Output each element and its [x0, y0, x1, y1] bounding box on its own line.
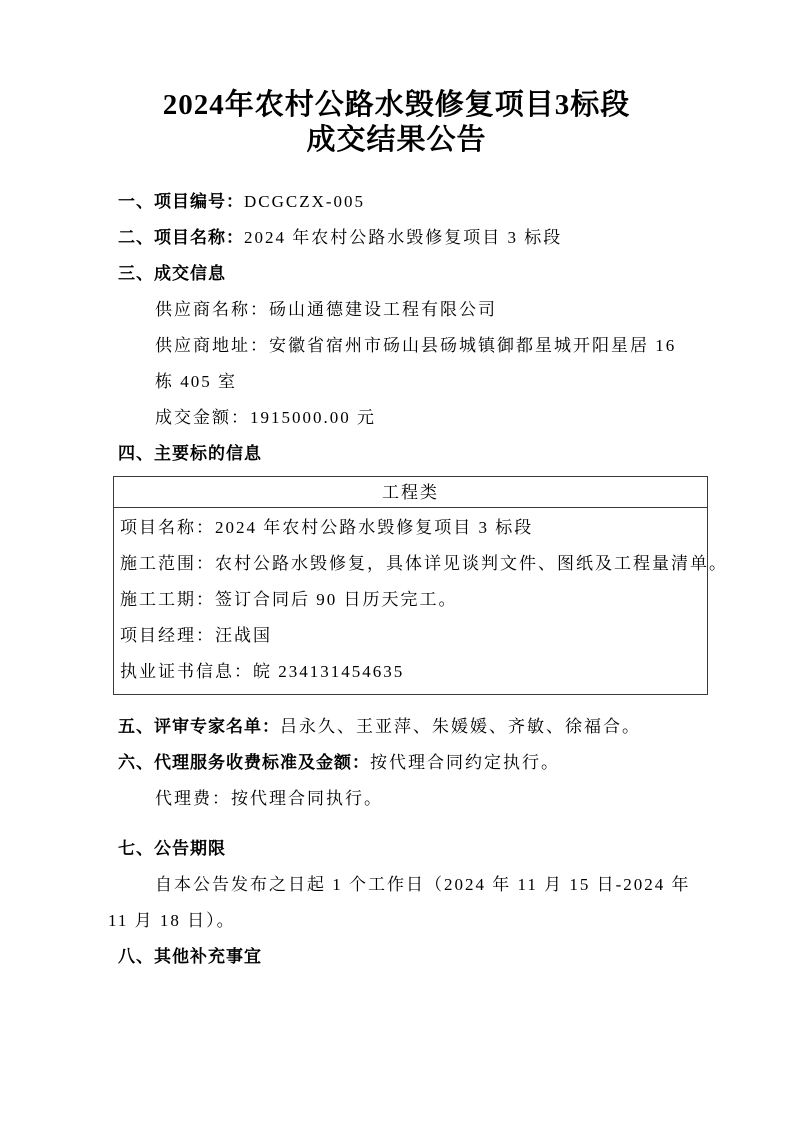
experts-label: 五、评审专家名单：	[118, 717, 280, 736]
supplier-name: 供应商名称：砀山通德建设工程有限公司	[118, 292, 713, 328]
announcement-period-line-2: 11 月 18 日）。	[108, 903, 713, 939]
section-subject-info-heading: 四、主要标的信息	[118, 436, 713, 472]
section-experts: 五、评审专家名单：吕永久、王亚萍、朱媛媛、齐敏、徐福合。	[118, 709, 713, 745]
project-name-label: 二、项目名称：	[118, 228, 244, 247]
section-project-number: 一、项目编号：DCGCZX-005	[118, 184, 713, 220]
table-row-manager: 项目经理：汪战国	[120, 618, 701, 654]
supplier-address-line-2: 栋 405 室	[118, 364, 713, 400]
document-body: 一、项目编号：DCGCZX-005 二、项目名称：2024 年农村公路水毁修复项…	[0, 184, 793, 975]
agency-fee-value: 按代理合同约定执行。	[370, 753, 560, 772]
document-page: 2024年农村公路水毁修复项目3标段 成交结果公告 一、项目编号：DCGCZX-…	[0, 0, 793, 1122]
section-award-info-heading: 三、成交信息	[118, 256, 713, 292]
section-announcement-period-heading: 七、公告期限	[118, 831, 713, 867]
section-other-matters-heading: 八、其他补充事宜	[118, 939, 713, 975]
title-line-1: 2024年农村公路水毁修复项目3标段	[0, 88, 793, 123]
document-title: 2024年农村公路水毁修复项目3标段 成交结果公告	[0, 0, 793, 158]
project-number-label: 一、项目编号：	[118, 192, 244, 211]
subject-info-table: 工程类 项目名称：2024 年农村公路水毁修复项目 3 标段 施工范围：农村公路…	[113, 476, 708, 695]
table-row-duration: 施工工期：签订合同后 90 日历天完工。	[120, 582, 701, 618]
award-amount: 成交金额：1915000.00 元	[118, 400, 713, 436]
table-row-project-name: 项目名称：2024 年农村公路水毁修复项目 3 标段	[120, 510, 701, 546]
table-body: 项目名称：2024 年农村公路水毁修复项目 3 标段 施工范围：农村公路水毁修复…	[114, 508, 707, 694]
section-agency-fee: 六、代理服务收费标准及金额：按代理合同约定执行。	[118, 745, 713, 781]
agency-fee-sub: 代理费：按代理合同执行。	[118, 781, 713, 817]
project-name-value: 2024 年农村公路水毁修复项目 3 标段	[244, 228, 562, 247]
supplier-address-line-1: 供应商地址：安徽省宿州市砀山县砀城镇御都星城开阳星居 16	[118, 328, 713, 364]
table-row-scope: 施工范围：农村公路水毁修复，具体详见谈判文件、图纸及工程量清单。	[120, 546, 701, 582]
title-line-2: 成交结果公告	[0, 123, 793, 158]
table-header-category: 工程类	[114, 477, 707, 508]
agency-fee-label: 六、代理服务收费标准及金额：	[118, 753, 370, 772]
project-number-value: DCGCZX-005	[244, 192, 365, 211]
experts-value: 吕永久、王亚萍、朱媛媛、齐敏、徐福合。	[280, 717, 641, 736]
table-row-certificate: 执业证书信息：皖 234131454635	[120, 654, 701, 690]
section-project-name: 二、项目名称：2024 年农村公路水毁修复项目 3 标段	[118, 220, 713, 256]
announcement-period-line-1: 自本公告发布之日起 1 个工作日（2024 年 11 月 15 日-2024 年	[118, 867, 713, 903]
announcement-period-paragraph: 自本公告发布之日起 1 个工作日（2024 年 11 月 15 日-2024 年…	[118, 867, 713, 939]
